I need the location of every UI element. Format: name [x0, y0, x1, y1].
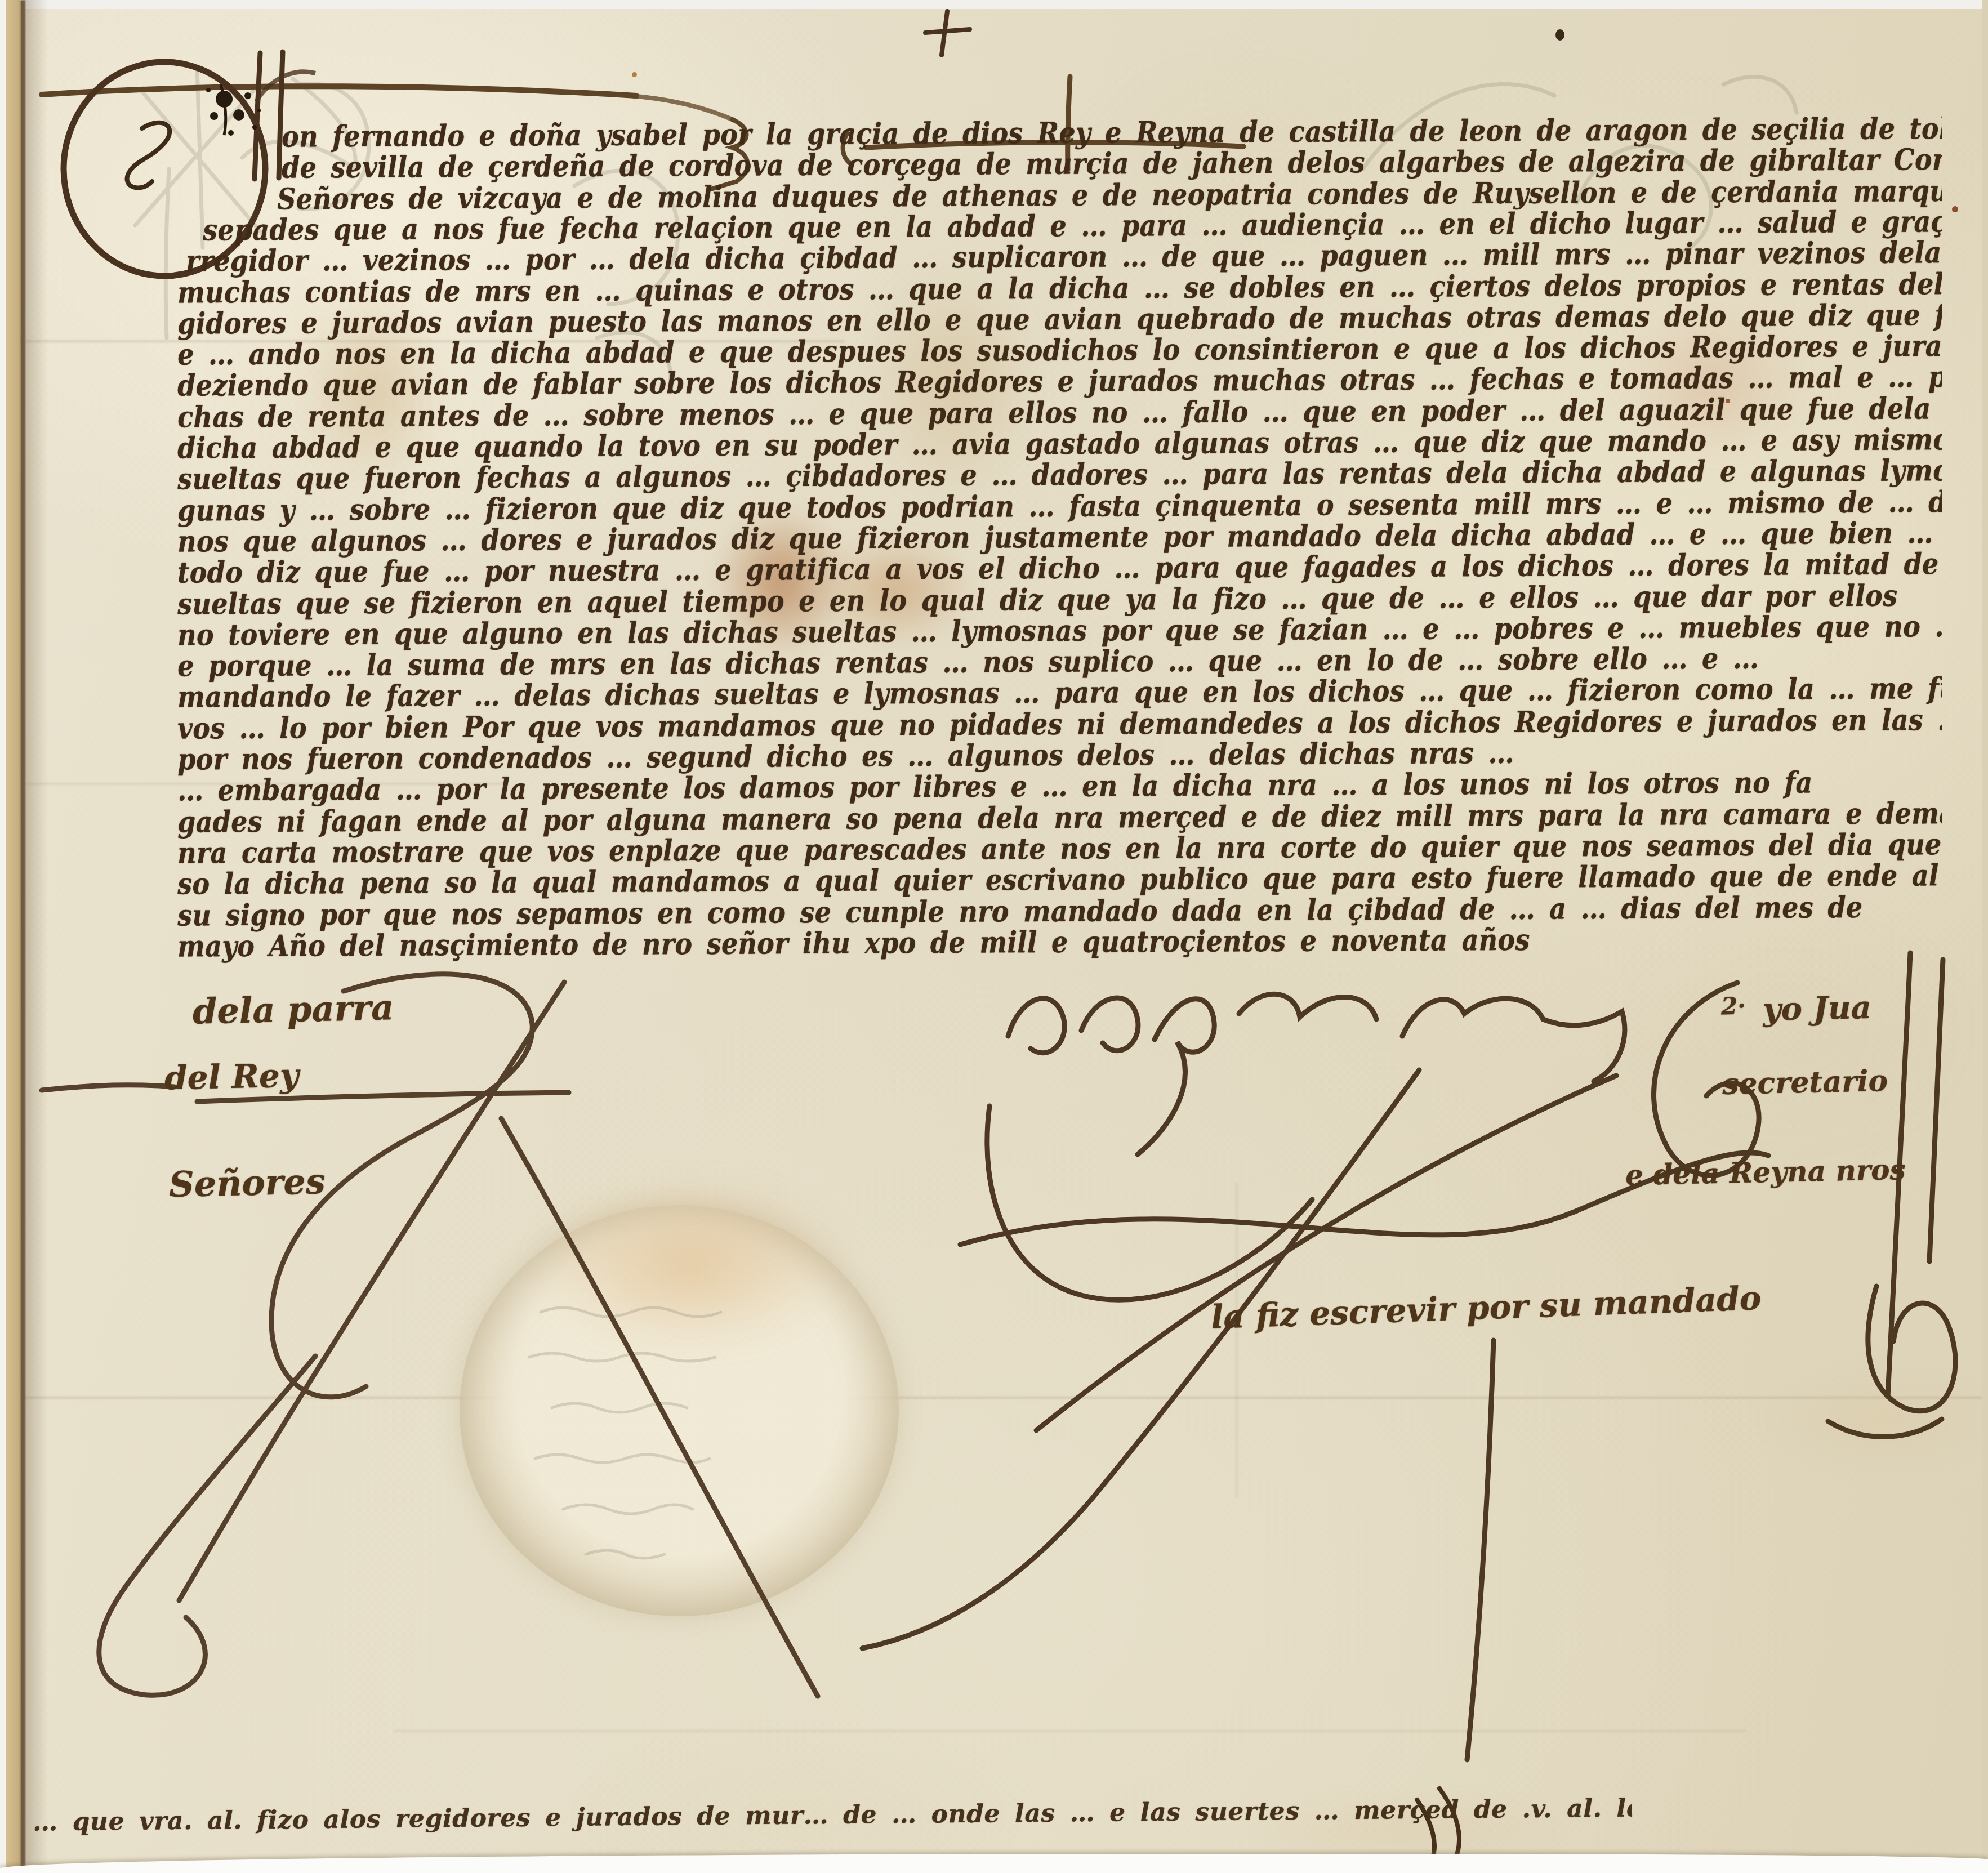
- signature-rubric-center: [862, 983, 1768, 1760]
- subscription-text-e-dela-reyna: e dela Reyna nros: [1625, 1153, 1906, 1192]
- subscription-text-dela-parra: dela parra: [192, 987, 394, 1032]
- subscription-text-del-rey: del Rey: [164, 1056, 299, 1098]
- scan-edge-top: [0, 0, 1988, 9]
- body-text-block: on fernando e doña ysabel por la graçia …: [0, 0, 1988, 991]
- subscription-secretary-mark: 2·: [1720, 992, 1746, 1020]
- scanned-manuscript-page: on fernando e doña ysabel por la graçia …: [0, 0, 1988, 1873]
- scan-edge-left: [0, 0, 6, 1873]
- book-gutter-shadow: [25, 0, 48, 1873]
- scan-edge-right: [1982, 0, 1988, 1873]
- signature-rubric-left: [42, 974, 818, 1696]
- subscription-text-yo-juan: yo Jua: [1762, 989, 1871, 1028]
- book-gutter-line: [20, 0, 25, 1873]
- book-gutter-edge: [6, 0, 20, 1873]
- subscription-text-secretario: secretario: [1722, 1064, 1888, 1101]
- subscription-text-senores: Señores: [168, 1161, 326, 1205]
